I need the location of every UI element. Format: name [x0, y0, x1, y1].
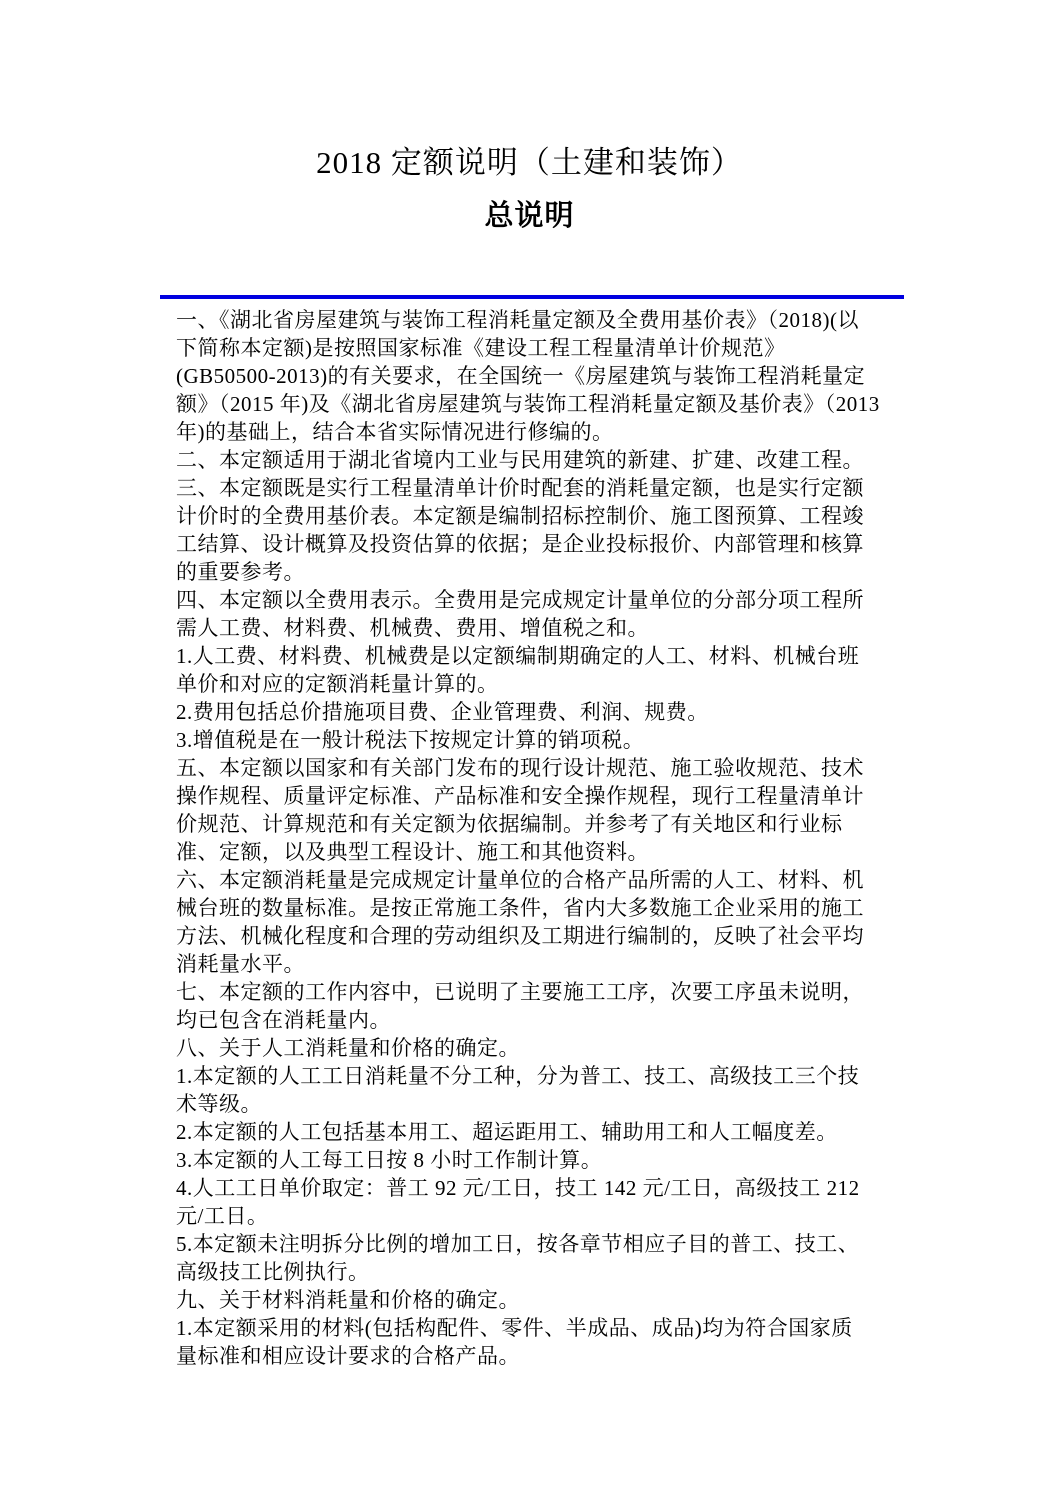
- body-line: 五、本定额以国家和有关部门发布的现行设计规范、施工验收规范、技术: [176, 754, 908, 782]
- document-page: 2018 定额说明（土建和装饰） 总说明 一、《湖北省房屋建筑与装饰工程消耗量定…: [0, 0, 1059, 1497]
- body-line: 术等级。: [176, 1090, 908, 1118]
- body-line: 三、本定额既是实行工程量清单计价时配套的消耗量定额，也是实行定额: [176, 474, 908, 502]
- document-body: 一、《湖北省房屋建筑与装饰工程消耗量定额及全费用基价表》（2018)(以 下简称…: [176, 306, 908, 1370]
- body-line: 计价时的全费用基价表。本定额是编制招标控制价、施工图预算、工程竣: [176, 502, 908, 530]
- body-line: 工结算、设计概算及投资估算的依据；是企业投标报价、内部管理和核算: [176, 530, 908, 558]
- body-line: (GB50500-2013)的有关要求，在全国统一《房屋建筑与装饰工程消耗量定: [176, 362, 908, 390]
- divider-line: [160, 295, 904, 299]
- body-line: 九、关于材料消耗量和价格的确定。: [176, 1286, 908, 1314]
- body-line: 元/工日。: [176, 1202, 908, 1230]
- body-line: 下简称本定额)是按照国家标准《建设工程工程量清单计价规范》: [176, 334, 908, 362]
- body-line: 4.人工工日单价取定：普工 92 元/工日，技工 142 元/工日，高级技工 2…: [176, 1174, 908, 1202]
- body-line: 3.本定额的人工每工日按 8 小时工作制计算。: [176, 1146, 908, 1174]
- body-line: 消耗量水平。: [176, 950, 908, 978]
- body-line: 3.增值税是在一般计税法下按规定计算的销项税。: [176, 726, 908, 754]
- body-line: 需人工费、材料费、机械费、费用、增值税之和。: [176, 614, 908, 642]
- body-line: 准、定额，以及典型工程设计、施工和其他资料。: [176, 838, 908, 866]
- body-line: 量标准和相应设计要求的合格产品。: [176, 1342, 908, 1370]
- body-line: 2.本定额的人工包括基本用工、超运距用工、辅助用工和人工幅度差。: [176, 1118, 908, 1146]
- document-title: 2018 定额说明（土建和装饰）: [0, 137, 1059, 182]
- body-line: 二、本定额适用于湖北省境内工业与民用建筑的新建、扩建、改建工程。: [176, 446, 908, 474]
- body-line: 械台班的数量标准。是按正常施工条件，省内大多数施工企业采用的施工: [176, 894, 908, 922]
- body-line: 1.本定额的人工工日消耗量不分工种，分为普工、技工、高级技工三个技: [176, 1062, 908, 1090]
- body-line: 七、本定额的工作内容中，已说明了主要施工工序，次要工序虽未说明，: [176, 978, 908, 1006]
- body-line: 额》（2015 年)及《湖北省房屋建筑与装饰工程消耗量定额及基价表》（2013: [176, 390, 908, 418]
- body-line: 六、本定额消耗量是完成规定计量单位的合格产品所需的人工、材料、机: [176, 866, 908, 894]
- body-line: 价规范、计算规范和有关定额为依据编制。并参考了有关地区和行业标: [176, 810, 908, 838]
- body-line: 1.人工费、材料费、机械费是以定额编制期确定的人工、材料、机械台班: [176, 642, 908, 670]
- body-line: 均已包含在消耗量内。: [176, 1006, 908, 1034]
- body-line: 年)的基础上，结合本省实际情况进行修编的。: [176, 418, 908, 446]
- body-line: 5.本定额未注明拆分比例的增加工日，按各章节相应子目的普工、技工、: [176, 1230, 908, 1258]
- body-line: 一、《湖北省房屋建筑与装饰工程消耗量定额及全费用基价表》（2018)(以: [176, 306, 908, 334]
- body-line: 2.费用包括总价措施项目费、企业管理费、利润、规费。: [176, 698, 908, 726]
- body-line: 八、关于人工消耗量和价格的确定。: [176, 1034, 908, 1062]
- body-line: 方法、机械化程度和合理的劳动组织及工期进行编制的，反映了社会平均: [176, 922, 908, 950]
- body-line: 高级技工比例执行。: [176, 1258, 908, 1286]
- body-line: 操作规程、质量评定标准、产品标准和安全操作规程，现行工程量清单计: [176, 782, 908, 810]
- body-line: 单价和对应的定额消耗量计算的。: [176, 670, 908, 698]
- document-subtitle: 总说明: [0, 193, 1059, 234]
- body-line: 四、本定额以全费用表示。全费用是完成规定计量单位的分部分项工程所: [176, 586, 908, 614]
- body-line: 1.本定额采用的材料(包括构配件、零件、半成品、成品)均为符合国家质: [176, 1314, 908, 1342]
- body-line: 的重要参考。: [176, 558, 908, 586]
